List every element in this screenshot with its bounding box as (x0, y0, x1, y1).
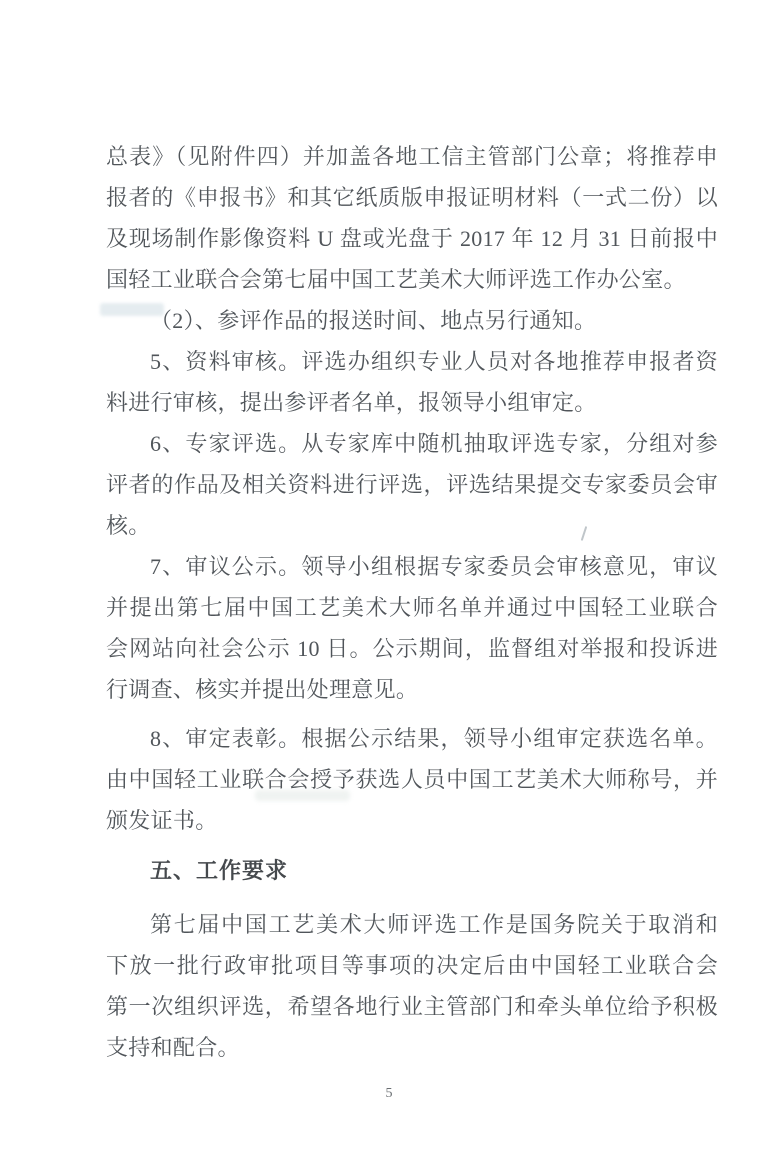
text-line: 支持和配合。 (106, 1027, 718, 1068)
text-line: 会网站向社会公示 10 日。公示期间，监督组对举报和投诉进 (106, 628, 718, 669)
text-line: 国轻工业联合会第七届中国工艺美术大师评选工作办公室。 (106, 259, 718, 300)
section-heading-text: 五、工作要求 (106, 850, 718, 891)
para-item-6-expert-selection: 6、专家评选。从专家库中随机抽取评选专家，分组对参评者的作品及相关资料进行评选，… (106, 423, 718, 546)
text-line: 6、专家评选。从专家库中随机抽取评选专家，分组对参 (106, 423, 718, 464)
section-heading-work-requirements: 五、工作要求 (106, 850, 718, 891)
para-work-requirements-body: 第七届中国工艺美术大师评选工作是国务院关于取消和下放一批行政审批项目等事项的决定… (106, 904, 718, 1068)
scanned-document-page: 总表》（见附件四）并加盖各地工信主管部门公章；将推荐申报者的《申报书》和其它纸质… (0, 0, 778, 1159)
para-subitem-2: （2）、参评作品的报送时间、地点另行通知。 (106, 300, 718, 341)
text-line: 料进行审核，提出参评者名单，报领导小组审定。 (106, 382, 718, 423)
text-line: 总表》（见附件四）并加盖各地工信主管部门公章；将推荐申 (106, 136, 718, 177)
para-item-7-review-publicity: 7、审议公示。领导小组根据专家委员会审核意见，审议并提出第七届中国工艺美术大师名… (106, 546, 718, 710)
text-line: 第七届中国工艺美术大师评选工作是国务院关于取消和 (106, 904, 718, 945)
page-number: 5 (0, 1086, 778, 1102)
text-line: 行调查、核实并提出处理意见。 (106, 669, 718, 710)
para-submission-continued: 总表》（见附件四）并加盖各地工信主管部门公章；将推荐申报者的《申报书》和其它纸质… (106, 136, 718, 300)
text-line: 5、资料审核。评选办组织专业人员对各地推荐申报者资 (106, 341, 718, 382)
para-item-5-material-review: 5、资料审核。评选办组织专业人员对各地推荐申报者资料进行审核，提出参评者名单，报… (106, 341, 718, 423)
text-line: 8、审定表彰。根据公示结果，领导小组审定获选名单。 (106, 718, 718, 759)
text-line: 下放一批行政审批项目等事项的决定后由中国轻工业联合会 (106, 945, 718, 986)
para-item-8-commendation: 8、审定表彰。根据公示结果，领导小组审定获选名单。由中国轻工业联合会授予获选人员… (106, 718, 718, 841)
document-body: 总表》（见附件四）并加盖各地工信主管部门公章；将推荐申报者的《申报书》和其它纸质… (106, 136, 718, 1068)
text-line: 评者的作品及相关资料进行评选，评选结果提交专家委员会审 (106, 464, 718, 505)
text-line: 7、审议公示。领导小组根据专家委员会审核意见，审议 (106, 546, 718, 587)
text-line: 由中国轻工业联合会授予获选人员中国工艺美术大师称号，并 (106, 759, 718, 800)
text-line: （2）、参评作品的报送时间、地点另行通知。 (106, 300, 718, 341)
text-line: 颁发证书。 (106, 800, 718, 841)
text-line: 核。 (106, 505, 718, 546)
text-line: 及现场制作影像资料 U 盘或光盘于 2017 年 12 月 31 日前报中 (106, 218, 718, 259)
text-line: 报者的《申报书》和其它纸质版申报证明材料（一式二份）以 (106, 177, 718, 218)
text-line: 并提出第七届中国工艺美术大师名单并通过中国轻工业联合 (106, 587, 718, 628)
text-line: 第一次组织评选，希望各地行业主管部门和牵头单位给予积极 (106, 986, 718, 1027)
